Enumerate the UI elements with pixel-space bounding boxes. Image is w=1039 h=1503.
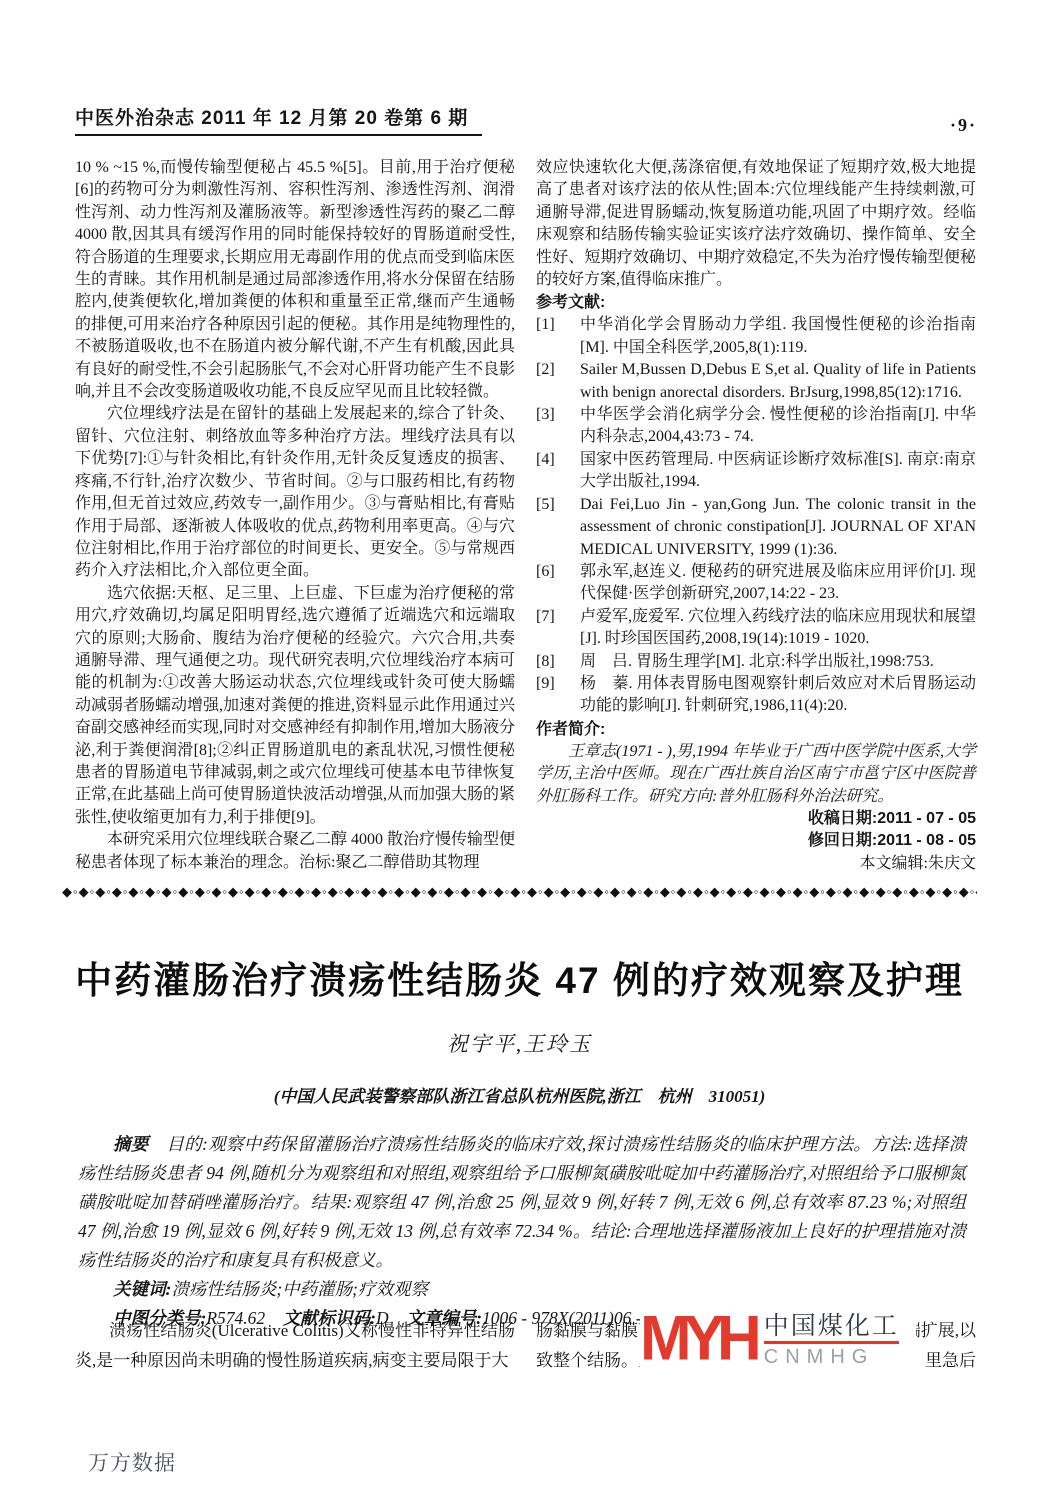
reference-number: [6] [536,561,555,583]
article2-body-left: 溃疡性结肠炎(Ulcerative Colitis)又称慢性非特异性结肠炎,是一… [75,1316,515,1375]
paragraph: 穴位埋线疗法是在留针的基础上发展起来的,综合了针灸、留针、穴位注射、刺络放血等多… [75,403,515,582]
revised-date: 修回日期:2011 - 08 - 05 [536,830,976,852]
reference-item: [4] 国家中医药管理局. 中医病证诊断疗效标准[S]. 南京:南京大学出版社,… [536,449,976,494]
reference-number: [2] [536,359,555,381]
body-right-text: 致整个结肠。主 [536,1346,655,1376]
reference-text: 杨 蓁. 用体表胃肠电图观察针刺后效应对术后胃肠运动功能的影响[J]. 针刺研究… [580,675,976,714]
reference-number: [8] [536,651,555,673]
article1-body: 10 % ~15 %,而慢传输型便秘占 45.5 %[5]。目前,用于治疗便秘[… [75,157,976,875]
article2-affiliation: (中国人民武装警察部队浙江省总队杭州医院,浙江 杭州 310051) [0,1082,1039,1107]
reference-number: [7] [536,606,555,628]
reference-item: [5] Dai Fei,Luo Jin - yan,Gong Jun. The … [536,494,976,561]
reference-item: [1] 中华消化学会胃肠动力学组. 我国慢性便秘的诊治指南[M]. 中国全科医学… [536,314,976,359]
article1-left-column: 10 % ~15 %,而慢传输型便秘占 45.5 %[5]。目前,用于治疗便秘[… [75,157,515,875]
reference-text: 中华消化学会胃肠动力学组. 我国慢性便秘的诊治指南[M]. 中国全科医学,200… [580,316,976,355]
keywords-text: 溃疡性结肠炎;中药灌肠;疗效观察 [171,1279,428,1299]
reference-text: 中华医学会消化病学分会. 慢性便秘的诊治指南[J]. 中华内科杂志,2004,4… [580,406,976,445]
reference-item: [3] 中华医学会消化病学分会. 慢性便秘的诊治指南[J]. 中华内科杂志,20… [536,404,976,449]
reference-item: [2] Sailer M,Bussen D,Debus E S,et al. Q… [536,359,976,404]
reference-text: 国家中医药管理局. 中医病证诊断疗效标准[S]. 南京:南京大学出版社,1994… [580,451,976,490]
reference-item: [9] 杨 蓁. 用体表胃肠电图观察针刺后效应对术后胃肠运动功能的影响[J]. … [536,673,976,718]
reference-item: [7] 卢爱军,庞爱军. 穴位埋入药线疗法的临床应用现状和展望[J]. 时珍国医… [536,606,976,651]
page-header: 中医外治杂志 2011 年 12 月第 20 卷第 6 期 ·9· [75,103,977,136]
cnmhg-logo-cn-text: 中国煤化工 [764,1312,899,1344]
paragraph: 效应快速软化大便,荡涤宿便,有效地保证了短期疗效,极大地提高了患者对该疗法的依从… [536,157,976,291]
paragraph: 10 % ~15 %,而慢传输型便秘占 45.5 %[5]。目前,用于治疗便秘[… [75,157,515,403]
abstract-label: 摘要 [113,1134,149,1154]
page-number: ·9· [950,115,977,136]
section-divider: ◆◦◆◦◆◦◆◦◆◦◆◦◆◦◆◦◆◦◆◦◆◦◆◦◆◦◆◦◆◦◆◦◆◦◆◦◆◦◆◦… [62,884,977,900]
abstract-text: 目的:观察中药保留灌肠治疗溃疡性结肠炎的临床疗效,探讨溃疡性结肠炎的临床护理方法… [78,1134,966,1270]
paragraph: 溃疡性结肠炎(Ulcerative Colitis)又称慢性非特异性结肠炎,是一… [75,1316,515,1375]
article2-abstract-block: 摘要目的:观察中药保留灌肠治疗溃疡性结肠炎的临床疗效,探讨溃疡性结肠炎的临床护理… [78,1130,966,1333]
body-right-text: 肠黏膜与黏膜下 [536,1316,655,1346]
author-bio: 王章志(1971 - ),男,1994 年毕业于广西中医学院中医系,大学学历,主… [536,741,976,808]
reference-item: [6] 郭永军,赵连义. 便秘药的研究进展及临床应用评价[J]. 现代保健·医学… [536,561,976,606]
reference-text: 周 吕. 胃肠生理学[M]. 北京:科学出版社,1998:753. [580,653,934,670]
author-bio-heading: 作者简介: [536,718,976,741]
references-heading: 参考文献: [536,291,976,314]
keywords-line: 关键词:溃疡性结肠炎;中药灌肠;疗效观察 [78,1275,966,1304]
article1-right-column: 效应快速软化大便,荡涤宿便,有效地保证了短期疗效,极大地提高了患者对该疗法的依从… [536,157,976,875]
reference-number: [1] [536,314,555,336]
editor-note: 本文编辑:朱庆文 [536,853,976,875]
paragraph: 选穴依据:天枢、足三里、上巨虚、下巨虚为治疗便秘的常用穴,疗效确切,均属足阳明胃… [75,583,515,829]
reference-number: [3] [536,404,555,426]
reference-text: Dai Fei,Luo Jin - yan,Gong Jun. The colo… [580,496,976,558]
journal-issue-line: 中医外治杂志 2011 年 12 月第 20 卷第 6 期 [75,103,482,136]
reference-number: [4] [536,449,555,471]
article2-authors: 祝宇平,王玲玉 [0,1028,1039,1058]
cnmhg-logo-mark-icon: MYH [640,1309,754,1368]
paragraph: 本研究采用穴位埋线联合聚乙二醇 4000 散治疗慢传输型便秘患者体现了标本兼治的… [75,829,515,874]
keywords-label: 关键词: [113,1279,171,1299]
reference-number: [9] [536,673,555,695]
journal-page: 中医外治杂志 2011 年 12 月第 20 卷第 6 期 ·9· 10 % ~… [0,0,1039,1503]
cnmhg-logo-en-text: CNMHG [764,1344,899,1370]
cnmhg-logo: MYH 中国煤化工 CNMHG [640,1310,916,1374]
article2-title: 中药灌肠治疗溃疡性结肠炎 47 例的疗效观察及护理 [0,950,1039,1004]
reference-text: 郭永军,赵连义. 便秘药的研究进展及临床应用评价[J]. 现代保健·医学创新研究… [580,563,976,602]
reference-text: Sailer M,Bussen D,Debus E S,et al. Quali… [580,361,976,400]
reference-number: [5] [536,494,555,516]
abstract-paragraph: 摘要目的:观察中药保留灌肠治疗溃疡性结肠炎的临床疗效,探讨溃疡性结肠炎的临床护理… [78,1130,966,1275]
reference-item: [8] 周 吕. 胃肠生理学[M]. 北京:科学出版社,1998:753. [536,651,976,673]
reference-text: 卢爱军,庞爱军. 穴位埋入药线疗法的临床应用现状和展望[J]. 时珍国医国药,2… [580,608,976,647]
received-date: 收稿日期:2011 - 07 - 05 [536,808,976,830]
wanfang-watermark: 万方数据 [88,1447,176,1477]
cnmhg-logo-text: 中国煤化工 CNMHG [764,1310,899,1370]
